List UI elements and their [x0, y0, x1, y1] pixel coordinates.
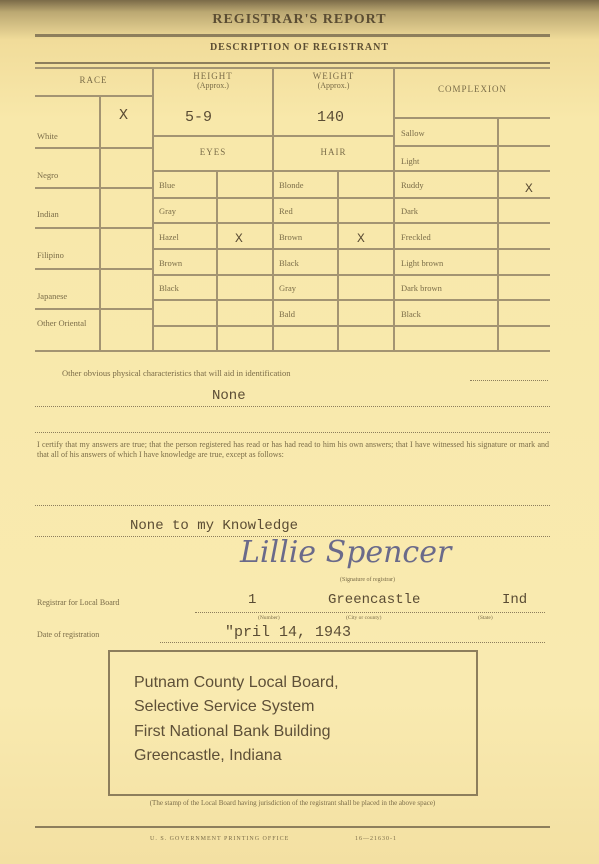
height-header: HEIGHT: [154, 71, 272, 81]
grid-line: [35, 187, 152, 189]
description-grid: RACE White X Negro Indian Filipino Japan…: [35, 67, 550, 352]
footer-rule: [35, 826, 550, 828]
stamp-caption: (The stamp of the Local Board having jur…: [105, 799, 480, 808]
grid-line: [274, 222, 393, 224]
grid-line: [35, 147, 152, 149]
complexion-ruddy-label: Ruddy: [401, 180, 424, 190]
weight-value: 140: [317, 109, 344, 126]
city-caption: (City or county): [346, 615, 381, 621]
characteristics-label: Other obvious physical characteristics t…: [62, 368, 291, 378]
race-negro-label: Negro: [37, 170, 58, 180]
race-white-mark: X: [119, 107, 128, 124]
stamp-line: Selective Service System: [134, 698, 315, 716]
eyes-hazel-mark: X: [235, 231, 243, 246]
grid-line: [35, 268, 152, 270]
weight-subheader: (Approx.): [274, 81, 393, 90]
eyes-blue-label: Blue: [159, 180, 175, 190]
grid-line: [154, 222, 272, 224]
local-board-stamp: Putnam County Local Board, Selective Ser…: [108, 650, 478, 796]
local-board-number: 1: [248, 592, 256, 608]
title-rule: [35, 34, 550, 37]
race-japanese-label: Japanese: [37, 291, 67, 301]
race-other-oriental-label: Other Oriental: [37, 319, 97, 328]
stamp-line: Putnam County Local Board,: [134, 674, 339, 692]
grid-line: [35, 95, 152, 97]
grid-line: [35, 308, 152, 310]
eyes-brown-label: Brown: [159, 258, 182, 268]
grid-line: [154, 248, 272, 250]
complexion-light-brown-label: Light brown: [401, 258, 443, 268]
complexion-dark-label: Dark: [401, 206, 418, 216]
grid-line: [274, 170, 393, 172]
registrar-signature: Lillie Spencer: [240, 535, 451, 570]
registration-date-value: "pril 14, 1943: [225, 624, 351, 641]
fill-line: [35, 505, 550, 506]
grid-line: [154, 325, 272, 327]
eyes-black-label: Black: [159, 283, 179, 293]
form-code: 16—21630-1: [355, 836, 397, 842]
complexion-freckled-label: Freckled: [401, 232, 431, 242]
eyes-header: EYES: [154, 147, 272, 157]
hair-red-label: Red: [279, 206, 293, 216]
local-board-state: Ind: [502, 592, 527, 608]
grid-line: [274, 197, 393, 199]
grid-divider: [152, 67, 154, 352]
hair-bald-label: Bald: [279, 309, 295, 319]
characteristics-value: None: [212, 388, 246, 404]
stamp-line: Greencastle, Indiana: [134, 747, 282, 765]
state-caption: (State): [478, 615, 493, 621]
local-board-city: Greencastle: [328, 592, 420, 608]
race-white-label: White: [37, 131, 58, 141]
grid-line: [395, 197, 550, 199]
eyes-hazel-label: Hazel: [159, 232, 179, 242]
complexion-ruddy-mark: X: [525, 181, 533, 196]
grid-line: [274, 325, 393, 327]
grid-divider: [393, 67, 395, 352]
stamp-line: First National Bank Building: [134, 723, 331, 741]
fill-line: [35, 432, 550, 433]
grid-divider: [99, 95, 101, 352]
signature-caption: (Signature of registrar): [340, 577, 395, 583]
fill-line: [35, 406, 550, 407]
race-indian-label: Indian: [37, 209, 59, 219]
complexion-light-label: Light: [401, 156, 419, 166]
complexion-dark-brown-label: Dark brown: [401, 283, 442, 293]
grid-line: [35, 227, 152, 229]
grid-line: [395, 325, 550, 327]
grid-line: [395, 274, 550, 276]
hair-header: HAIR: [274, 147, 393, 157]
height-value: 5-9: [185, 109, 212, 126]
grid-line: [274, 135, 393, 137]
printer-credit: U. S. GOVERNMENT PRINTING OFFICE: [150, 836, 289, 842]
grid-line: [274, 248, 393, 250]
form-subtitle: DESCRIPTION OF REGISTRANT: [0, 42, 599, 53]
grid-line: [395, 222, 550, 224]
grid-line: [274, 274, 393, 276]
grid-border: [35, 67, 550, 69]
race-filipino-label: Filipino: [37, 250, 64, 260]
grid-line: [274, 299, 393, 301]
grid-line: [395, 299, 550, 301]
grid-line: [395, 248, 550, 250]
hair-brown-label: Brown: [279, 232, 302, 242]
form-title: REGISTRAR'S REPORT: [0, 12, 599, 28]
fill-line: [470, 380, 548, 381]
number-caption: (Number): [258, 615, 280, 621]
registration-date-label: Date of registration: [37, 630, 99, 639]
weight-header: WEIGHT: [274, 71, 393, 81]
grid-border: [35, 350, 550, 352]
fill-line: [160, 642, 545, 643]
grid-line: [154, 299, 272, 301]
certification-text: I certify that my answers are true; that…: [37, 440, 549, 460]
eyes-gray-label: Gray: [159, 206, 176, 216]
grid-line: [395, 117, 550, 119]
exceptions-value: None to my Knowledge: [130, 518, 298, 534]
complexion-sallow-label: Sallow: [401, 128, 425, 138]
hair-gray-label: Gray: [279, 283, 296, 293]
hair-brown-mark: X: [357, 231, 365, 246]
registration-card: REGISTRAR'S REPORT DESCRIPTION OF REGIST…: [0, 0, 599, 864]
grid-line: [154, 197, 272, 199]
race-header: RACE: [35, 75, 152, 85]
hair-blonde-label: Blonde: [279, 180, 304, 190]
hair-black-label: Black: [279, 258, 299, 268]
grid-line: [395, 170, 550, 172]
grid-line: [154, 274, 272, 276]
grid-line: [395, 145, 550, 147]
local-board-label: Registrar for Local Board: [37, 598, 119, 607]
height-subheader: (Approx.): [154, 81, 272, 90]
grid-divider: [497, 117, 499, 352]
complexion-header: COMPLEXION: [395, 84, 550, 94]
fill-line: [195, 612, 545, 613]
grid-line: [154, 170, 272, 172]
complexion-black-label: Black: [401, 309, 421, 319]
grid-divider: [272, 67, 274, 352]
grid-line: [154, 135, 272, 137]
subtitle-rule: [35, 62, 550, 64]
